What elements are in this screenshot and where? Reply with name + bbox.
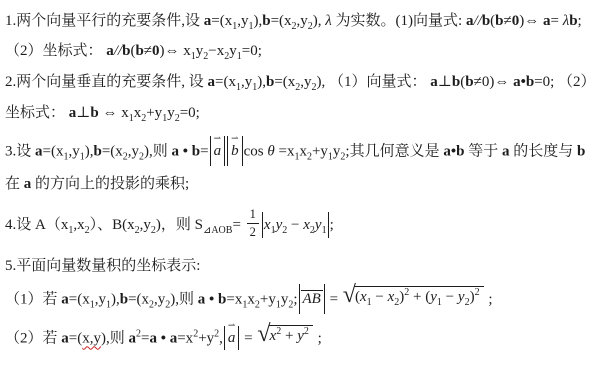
text: 4.设 A（x [5, 217, 68, 233]
fraction: 12 [247, 208, 259, 239]
vector-arrow-icon: ⇀ [228, 321, 235, 330]
radicand: x2 + y2 [269, 325, 313, 345]
bold-vector-text: b [135, 43, 143, 59]
text: =(x [128, 291, 149, 307]
fraction-numerator: 1 [247, 208, 259, 224]
text: 等于 [464, 143, 502, 159]
vector-letter: a [214, 143, 222, 159]
text: ),则 [170, 291, 198, 307]
bold-vector-text: b [465, 74, 473, 90]
italic-math-text: // [114, 43, 122, 59]
superscript: 2 [475, 287, 480, 298]
absolute-value-bar [224, 326, 225, 350]
bold-vector-text: a [128, 330, 136, 346]
italic-math-text: y [297, 328, 304, 344]
text: 3.设 [5, 143, 35, 159]
bold-vector-text: b [482, 13, 490, 29]
text: = [240, 330, 256, 346]
text: +y [146, 105, 162, 121]
text: ≠ [504, 13, 512, 29]
text: ,y [241, 74, 252, 90]
italic-math-text: AB [303, 291, 321, 307]
bold-vector-text: a [61, 330, 69, 346]
text: ,y [237, 13, 248, 29]
formula-line-6: 在 a 的方向上的投影的乘积; [5, 176, 189, 193]
text: y [229, 43, 237, 59]
bold-vector-text: b [495, 13, 503, 29]
text: ; [485, 291, 493, 307]
text: =(x [43, 143, 64, 159]
italic-math-text: x [264, 217, 271, 233]
text: ), [313, 13, 326, 29]
text: ,x [73, 217, 84, 233]
text: 为实数。(1)向量式: [332, 13, 466, 29]
text: = [200, 143, 208, 159]
text: =(x [271, 13, 292, 29]
bold-vector-text: b [90, 105, 98, 121]
formula-line-10: （2）若 a=(x,y),则 a2=a • a=x2+y2,⇀a = √x2 +… [5, 327, 322, 351]
text: , [219, 330, 223, 346]
absolute-value-bar [299, 284, 300, 314]
text: =(x [215, 74, 236, 90]
text: =x [226, 291, 242, 307]
bold-vector-text: a • b [172, 143, 201, 159]
bold-vector-text: b [577, 143, 585, 159]
absolute-value-bar [328, 212, 329, 238]
text: +y [312, 143, 328, 159]
bold-vector-text: a [208, 74, 216, 90]
text: =(x [102, 143, 123, 159]
formula-line-8: 5.平面向量数量积的坐标表示: [5, 258, 200, 275]
text: =(x [69, 291, 90, 307]
text: =x [275, 143, 295, 159]
formula-line-2: （2）坐标式： a//b(b≠0)⇔ x1y2−x2y1=0; [5, 43, 262, 60]
text: ,y [297, 13, 308, 29]
text: ⊥ [438, 74, 452, 90]
text: x [299, 143, 307, 159]
formula-line-3: 2.两个向量垂直的充要条件, 设 a=(x1,y1),b=(x2,y2), （1… [5, 74, 596, 91]
bold-vector-text: a•b [513, 74, 534, 90]
text: （2）若 [5, 330, 61, 346]
text: 在 [5, 176, 24, 192]
bold-vector-text: b [452, 74, 460, 90]
text: +y [260, 291, 276, 307]
text: − [442, 289, 458, 305]
text: 的长度与 [509, 143, 577, 159]
absolute-value-bar [227, 136, 228, 166]
text: x [247, 291, 255, 307]
italic-math-text: y [458, 289, 465, 305]
text: = [232, 217, 244, 233]
text: 1.两个向量平行的充要条件,设 [5, 13, 204, 29]
square-root: √x2 + y2 [257, 325, 312, 349]
absolute-value-bar [238, 326, 239, 350]
subscript: ⊿AOB [203, 225, 233, 236]
absolute-value-bar [242, 136, 243, 166]
bold-vector-text: a • b [198, 291, 227, 307]
text: − [287, 217, 303, 233]
italic-math-text: y [315, 217, 322, 233]
formula-line-9: （1）若 a=(x1,y1),b=(x2,y2),则 a • b=x1x2+y1… [5, 285, 492, 315]
vector-letter: b [231, 143, 239, 159]
text: =x [177, 330, 193, 346]
text: =0; （2） [534, 74, 595, 90]
bold-vector-text: a [430, 74, 438, 90]
text: = [550, 13, 562, 29]
spellcheck-underlined-text: x,y [82, 330, 101, 346]
bold-vector-text: a [61, 291, 69, 307]
text: （1）若 [5, 291, 61, 307]
text: （2）坐标式： [5, 43, 106, 59]
bold-vector-text: b [569, 13, 577, 29]
text: − [372, 289, 388, 305]
text: =( [69, 330, 82, 346]
vector-a: ⇀a [228, 330, 236, 347]
text: y [167, 105, 175, 121]
text: )⇔ x [160, 43, 191, 59]
text: ,y [154, 291, 165, 307]
italic-math-text: x [303, 217, 310, 233]
text: = [326, 291, 342, 307]
overline-vector-group: AB [301, 290, 323, 307]
vector-letter: a [228, 330, 236, 346]
formula-line-4: 坐标式： a⊥b ⇔ x1x2+y1y2=0; [5, 105, 200, 122]
bold-vector-text: b [262, 13, 270, 29]
text: ; [330, 217, 334, 233]
text: ; [314, 330, 322, 346]
vector-arrow-icon: ⇀ [231, 134, 238, 143]
text: + [281, 328, 297, 344]
text: =(x [211, 13, 232, 29]
text: )，则 S [156, 217, 203, 233]
text: ), （1）向量式： [317, 74, 431, 90]
text: ⊥ [76, 105, 90, 121]
text: ), [253, 13, 262, 29]
italic-math-text: y [430, 289, 437, 305]
text: ), [111, 291, 120, 307]
text: =(x [274, 74, 295, 90]
text: ,y [128, 143, 139, 159]
bold-vector-text: a [106, 43, 114, 59]
document-page: 1.两个向量平行的充要条件,设 a=(x1,y1),b=(x2,y2), λ 为… [0, 0, 601, 371]
subscript: 1 [322, 225, 327, 236]
text: −x [208, 43, 224, 59]
bold-vector-text: a•b [443, 143, 464, 159]
radical-icon: √ [343, 283, 356, 307]
text: ≠ [144, 43, 152, 59]
text: ）、B(x [90, 217, 135, 233]
vector-a: ⇀a [214, 143, 222, 160]
bold-vector-text: a [35, 143, 43, 159]
radical-icon: √ [257, 322, 270, 346]
text: 坐标式： [5, 105, 69, 121]
text: +y [198, 330, 214, 346]
absolute-value-bar [324, 284, 325, 314]
formula-line-1: 1.两个向量平行的充要条件,设 a=(x1,y1),b=(x2,y2), λ 为… [5, 13, 582, 30]
text: ),则 [101, 330, 129, 346]
text: )⇔ [519, 13, 543, 29]
square-root: √(x1 − x2)2 + (y1 − y2)2 [343, 286, 484, 310]
text: 2.两个向量垂直的充要条件, 设 [5, 74, 208, 90]
bold-vector-text: 0 [152, 43, 160, 59]
text: ,y [68, 143, 79, 159]
bold-vector-text: a • a [149, 330, 177, 346]
text: 5.平面向量数量积的坐标表示: [5, 258, 200, 274]
text: ;其几何意义是 [345, 143, 443, 159]
vector-arrow-icon: ⇀ [214, 134, 221, 143]
italic-math-text: x [360, 289, 367, 305]
fraction-denominator: 2 [247, 224, 259, 239]
radicand: (x1 − x2)2 + (y1 − y2)2 [354, 286, 484, 306]
formula-line-5: 3.设 a=(x1,y1),b=(x2,y2),则 a • b=⇀a⇀bcos … [5, 137, 585, 167]
text: ; [578, 13, 582, 29]
text: 的方向上的投影的乘积; [31, 176, 189, 192]
formula-line-7: 4.设 A（x1,x2）、B(x2,y2)，则 S⊿AOB= 12x1y2 − … [5, 210, 334, 241]
text: =0; [180, 105, 200, 121]
text: ), [257, 74, 266, 90]
text: cos [244, 143, 268, 159]
vector-b: ⇀b [231, 143, 239, 160]
italic-math-text: θ [267, 143, 274, 159]
text: ,y [140, 217, 151, 233]
text: ,y [95, 291, 106, 307]
bold-vector-text: b [120, 291, 128, 307]
absolute-value-bar [210, 136, 211, 166]
superscript: 2 [304, 326, 309, 337]
text: ; [293, 291, 297, 307]
text: ≠0)⇔ [474, 74, 513, 90]
text: =0; [242, 43, 262, 59]
bold-vector-text: b [93, 143, 101, 159]
text: + ( [409, 289, 430, 305]
text: ),则 [144, 143, 172, 159]
italic-math-text: // [473, 13, 481, 29]
text: ,y [300, 74, 311, 90]
absolute-value-bar [262, 212, 263, 238]
absolute-value-bar [224, 136, 225, 166]
text: ⇔ x [99, 105, 129, 121]
